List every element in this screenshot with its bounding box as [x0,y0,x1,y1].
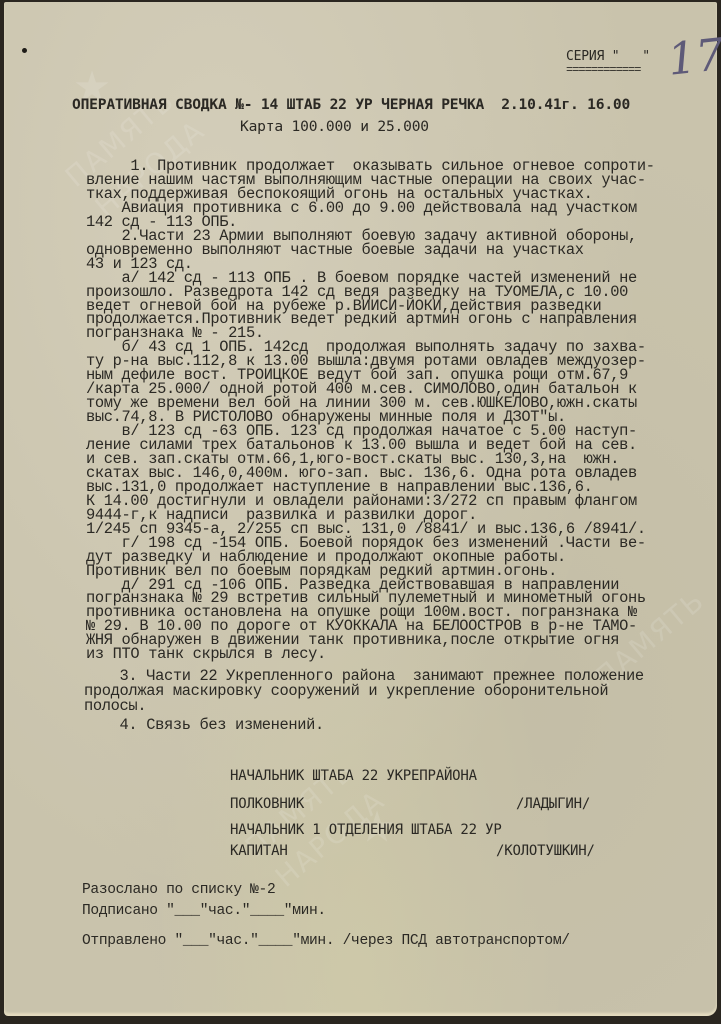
chief-of-staff-rank: ПОЛКОВНИК [230,798,304,812]
document-title: ОПЕРАТИВНАЯ СВОДКА №- 14 ШТАБ 22 УР ЧЕРН… [72,98,630,112]
department-chief-title: НАЧАЛЬНИК 1 ОТДЕЛЕНИЯ ШТАБА 22 УР [230,824,502,838]
document-page: ПАМЯТЬ НАРОДА ПАМЯТЬ НАРОДА ПАМЯТЬ ★ ★ С… [4,2,717,1016]
document-subtitle: Карта 100.000 и 25.000 [240,120,429,134]
closing-line: 4. Связь без изменений. [84,719,684,733]
department-chief-name: /КОЛОТУШКИН/ [496,845,595,859]
series-label: СЕРИЯ " " [566,50,650,64]
distribution-note: Разослано по списку №-2 [82,884,275,898]
sent-time-field: Отправлено "___"час."____"мин. /через ПС… [82,935,570,949]
chief-of-staff-name: /ЛАДЫГИН/ [516,798,590,812]
series-underline: ============ [566,64,640,78]
handwritten-series-number: 17 [665,29,721,86]
punch-hole-mark [22,48,27,53]
chief-of-staff-title: НАЧАЛЬНИК ШТАБА 22 УКРЕПРАЙОНА [230,770,477,784]
report-line: из ПТО танк скрылся в лесу. [86,648,686,662]
closing-line: полосы. [84,700,684,714]
closing-line: продолжая маскировку сооружений и укрепл… [84,685,684,699]
department-chief-rank: КАПИТАН [230,845,288,859]
signed-time-field: Подписано "___"час."____"мин. [82,905,326,919]
